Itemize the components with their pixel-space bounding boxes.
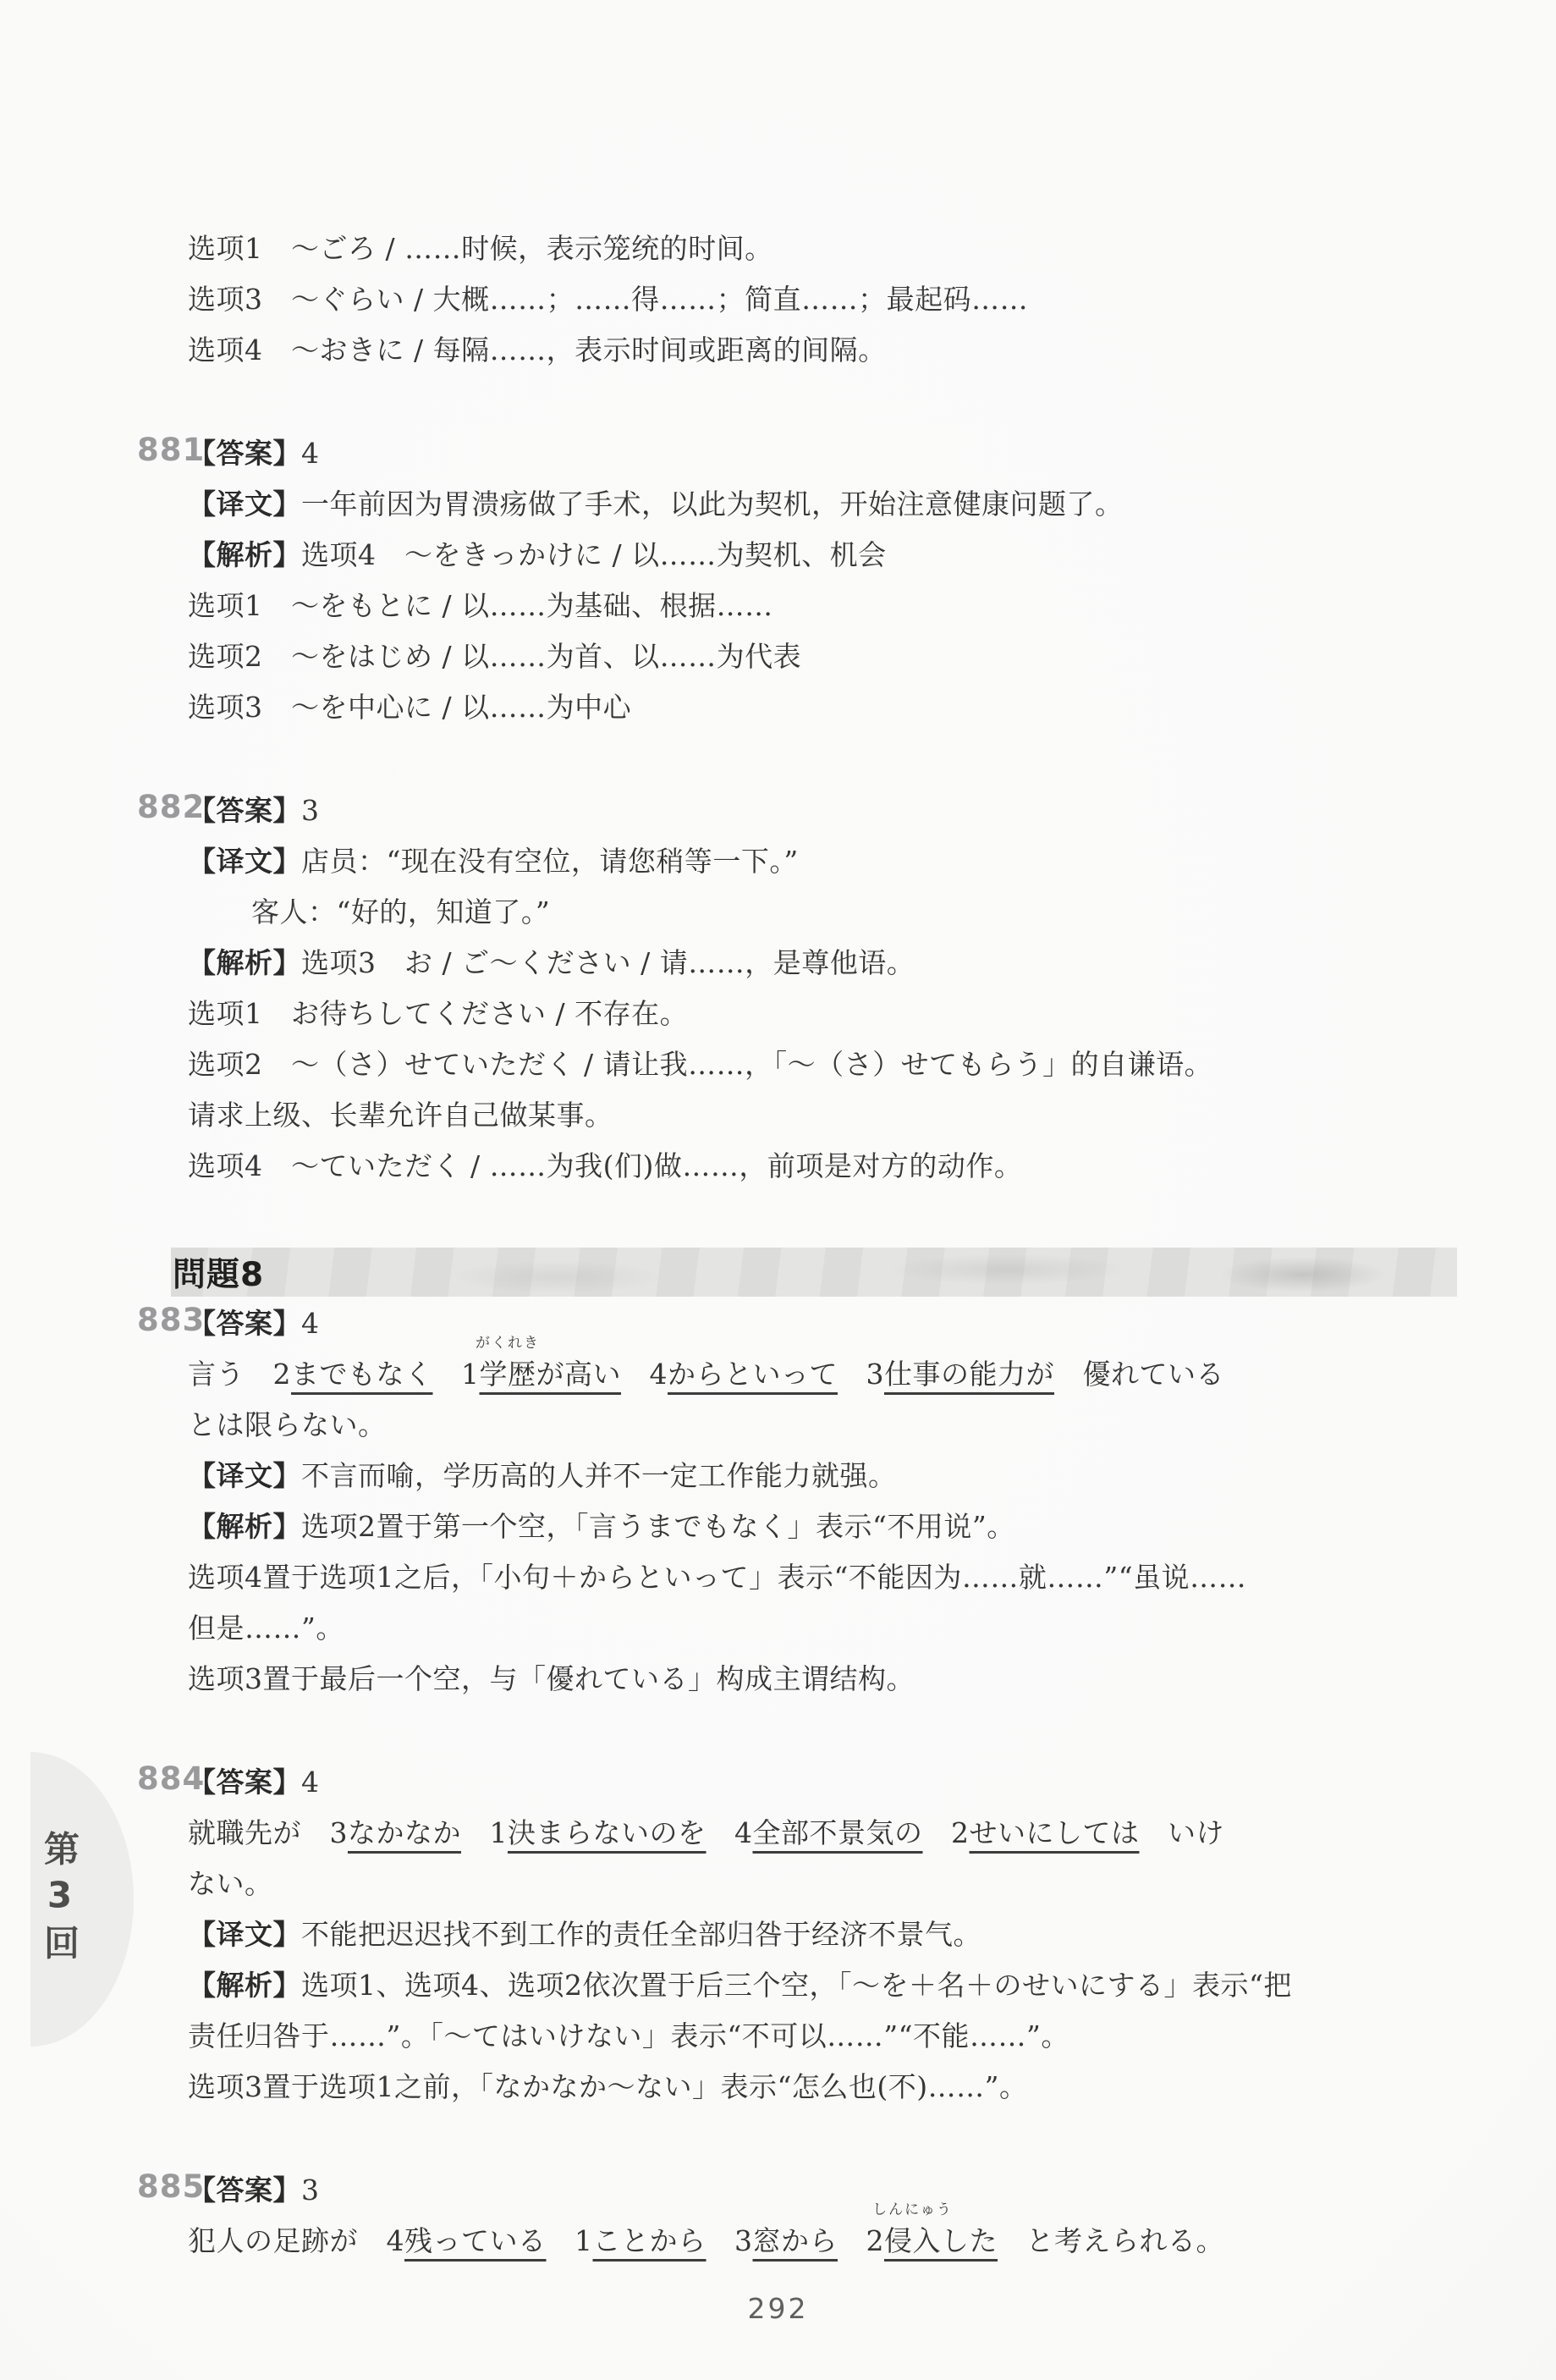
text-line: 言う 2までもなく 1学歴がくれきが高い 4からといって 3仕事の能力が 優れて… [188,1349,1457,1400]
text-line: 【解析】选项4 ～をきっかけに / 以……为契机、机会 [188,530,1457,581]
sidebar-tab: 第3回 [30,1752,134,2047]
text-segment: 选项3 お / ご～ください / 请……，是尊他语。 [301,946,915,979]
field-tag: 【解析】 [188,1969,301,2002]
text-segment: 3 [301,2173,320,2206]
text-segment: 选项3置于选项1之前，「なかなか～ない」表示“怎么也(不)……”。 [188,2070,1027,2103]
text-segment: 选项1 ～をもとに / 以……为基础、根据…… [188,589,773,622]
text-segment: とは限らない。 [188,1408,387,1441]
text-line: ない。 [188,1859,1457,1909]
field-tag: 【解析】 [188,946,301,979]
text-segment: 3 [707,2224,753,2257]
text-segment: と考えられる。 [998,2224,1224,2257]
question-number: 883 [137,1304,205,1336]
text-line: 但是……”。 [188,1603,1457,1654]
text-segment: 仕事の能力が [884,1358,1054,1391]
text-segment: 1 [547,2224,593,2257]
text-segment: 4 [301,1307,320,1340]
text-segment: 優れている [1054,1358,1224,1391]
text-segment: 选项1 お待ちしてください / 不存在。 [188,997,688,1030]
text-segment: 4 [621,1358,668,1391]
text-segment: 责任归咎于……”。「～てはいけない」表示“不可以……”“不能……”。 [188,2019,1069,2052]
text-line: 客人：“好的，知道了。” [188,887,1457,938]
question-block-883: 883【答案】4言う 2までもなく 1学歴がくれきが高い 4からといって 3仕事… [188,1298,1457,1705]
text-line: 犯人の足跡が 4残っている 1ことから 3窓から 2侵入しんにゅうした と考えら… [188,2216,1457,2267]
text-segment: 就職先が 3 [188,1816,348,1849]
text-segment: 一年前因为胃溃疡做了手术，以此为契机，开始注意健康问题了。 [301,488,1124,521]
text-line: 选项4 ～おきに / 每隔……，表示时间或距离的间隔。 [188,325,1457,376]
text-segment: せいにしては [970,1816,1140,1849]
text-segment: 选项4 ～ていただく / ……为我(们)做……，前项是对方的动作。 [188,1149,1022,1182]
field-tag: 【译文】 [188,488,301,521]
text-line: とは限らない。 [188,1400,1457,1451]
text-segment: 选项2置于第一个空，「言うまでもなく」表示“不用说”。 [301,1510,1015,1543]
text-segment: 选项3 ～を中心に / 以……为中心 [188,691,631,724]
text-segment: 选项1 ～ごろ / ……时候，表示笼统的时间。 [188,232,773,265]
text-line: 选项4 ～ていただく / ……为我(们)做……，前项是对方的动作。 [188,1141,1457,1192]
ruby-segment: 学歴がくれき [480,1349,536,1400]
text-segment: 选项2 ～（さ）せていただく / 请让我……，「～（さ）せてもらう」的自谦语。 [188,1048,1212,1081]
text-segment: 选项1、选项4、选项2依次置于后三个空，「～を＋名＋のせいにする」表示“把 [301,1969,1292,2002]
text-segment: 选项2 ～をはじめ / 以……为首、以……为代表 [188,640,801,673]
text-line: 【答案】4 [188,428,1457,479]
text-segment: 选项4 ～おきに / 每隔……，表示时间或距离的间隔。 [188,333,887,366]
text-segment: 店员：“现在没有空位，请您稍等一下。” [301,845,799,878]
text-line: 选项3置于最后一个空，与「優れている」构成主谓结构。 [188,1654,1457,1705]
text-segment: 犯人の足跡が 4 [188,2224,404,2257]
text-segment: 3 [838,1358,884,1391]
question-block-885: 885【答案】3犯人の足跡が 4残っている 1ことから 3窓から 2侵入しんにゅ… [188,2165,1457,2267]
text-line: 选项3 ～を中心に / 以……为中心 [188,682,1457,733]
text-segment: 決まらないのを [508,1816,707,1849]
text-line: 【解析】选项2置于第一个空，「言うまでもなく」表示“不用说”。 [188,1501,1457,1552]
text-line: 【答案】4 [188,1298,1457,1349]
text-line: 选项1 ～ごろ / ……时候，表示笼统的时间。 [188,223,1457,274]
question-block-884: 884【答案】4就職先が 3なかなか 1決まらないのを 4全部不景気の 2せいに… [188,1757,1457,2113]
text-segment: 3 [301,794,320,827]
ruby-segment: 侵入しんにゅう [884,2216,941,2267]
text-segment: が高い [536,1358,622,1391]
text-segment: 不言而喻，学历高的人并不一定工作能力就强。 [301,1459,897,1492]
text-line: 【解析】选项1、选项4、选项2依次置于后三个空，「～を＋名＋のせいにする」表示“… [188,1960,1457,2011]
text-line: 选项3 ～ぐらい / 大概……；……得……；简直……；最起码…… [188,274,1457,325]
content-column: 选项1 ～ごろ / ……时候，表示笼统的时间。选项3 ～ぐらい / 大概……；…… [188,0,1457,2267]
text-segment: ことから [593,2224,707,2257]
field-tag: 【解析】 [188,538,301,571]
text-segment: 选项3 ～ぐらい / 大概……；……得……；简直……；最起码…… [188,283,1028,316]
text-line: 【译文】店员：“现在没有空位，请您稍等一下。” [188,836,1457,887]
field-tag: 【译文】 [188,1459,301,1492]
text-segment: までもなく [291,1358,433,1391]
text-line: 【译文】不言而喻，学历高的人并不一定工作能力就强。 [188,1451,1457,1501]
text-segment: ない。 [188,1867,273,1900]
text-line: 【答案】3 [188,785,1457,836]
text-line: 选项1 ～をもとに / 以……为基础、根据…… [188,581,1457,631]
text-segment: 但是……”。 [188,1611,344,1645]
field-tag: 【解析】 [188,1510,301,1543]
scanned-book-page: 第3回 选项1 ～ごろ / ……时候，表示笼统的时间。选项3 ～ぐらい / 大概… [0,0,1556,2380]
section-title: 問題8 [173,1248,264,1296]
page-number: 292 [0,2292,1556,2325]
text-line: 【译文】不能把迟迟找不到工作的责任全部归咎于经济不景气。 [188,1909,1457,1960]
text-line: 选项2 ～（さ）せていただく / 请让我……，「～（さ）せてもらう」的自谦语。 [188,1039,1457,1090]
question-block-881: 881【答案】4【译文】一年前因为胃溃疡做了手术，以此为契机，开始注意健康问题了… [188,428,1457,733]
text-segment: 1 [461,1816,508,1849]
question-number: 881 [137,434,205,466]
text-segment: 客人：“好的，知道了。” [251,895,550,928]
question-number: 882 [137,791,205,823]
text-segment: からといって [668,1358,838,1391]
text-line: 选项4置于选项1之后，「小句＋からといって」表示“不能因为……就……”“虽说…… [188,1552,1457,1603]
text-segment: 选项4置于选项1之后，「小句＋からといって」表示“不能因为……就……”“虽说…… [188,1561,1246,1594]
text-segment: 残っている [404,2224,547,2257]
text-segment: 2 [838,2224,884,2257]
text-segment: 4 [301,1766,320,1799]
text-line: 【解析】选项3 お / ご～ください / 请……，是尊他语。 [188,938,1457,989]
text-segment: なかなか [348,1816,461,1849]
text-segment: 4 [301,437,320,470]
sidebar-tab-label: 第3回 [34,1831,85,1969]
text-line: 请求上级、长辈允许自己做某事。 [188,1090,1457,1141]
text-segment: 4 [707,1816,753,1849]
field-tag: 【译文】 [188,1918,301,1951]
text-segment: 全部不景気の [753,1816,923,1849]
furigana: しんにゅう [872,2203,953,2217]
text-segment: 不能把迟迟找不到工作的责任全部归咎于经济不景气。 [301,1918,981,1951]
question-block-882: 882【答案】3【译文】店员：“现在没有空位，请您稍等一下。”客人：“好的，知道… [188,785,1457,1192]
text-line: 就職先が 3なかなか 1決まらないのを 4全部不景気の 2せいにしては いけ [188,1808,1457,1859]
text-segment: 1 [433,1358,480,1391]
text-line: 选项2 ～をはじめ / 以……为首、以……为代表 [188,631,1457,682]
text-segment: 选项4 ～をきっかけに / 以……为契机、机会 [301,538,887,571]
text-segment: した [941,2224,998,2257]
text-line: 选项3置于选项1之前，「なかなか～ない」表示“怎么也(不)……”。 [188,2062,1457,2113]
text-line: 责任归咎于……”。「～てはいけない」表示“不可以……”“不能……”。 [188,2011,1457,2062]
continuation-block: 选项1 ～ごろ / ……时候，表示笼统的时间。选项3 ～ぐらい / 大概……；…… [188,223,1457,376]
text-segment: 言う 2 [188,1358,291,1391]
text-line: 【答案】4 [188,1757,1457,1808]
text-segment: 窓から [753,2224,838,2257]
text-line: 【答案】3 [188,2165,1457,2216]
text-line: 选项1 お待ちしてください / 不存在。 [188,989,1457,1039]
question-number: 884 [137,1763,205,1794]
text-segment: 选项3置于最后一个空，与「優れている」构成主谓结构。 [188,1662,915,1695]
text-segment: いけ [1140,1816,1225,1849]
text-segment: 2 [923,1816,970,1849]
text-segment: 请求上级、长辈允许自己做某事。 [188,1099,613,1132]
question-number: 885 [137,2171,205,2202]
text-line: 【译文】一年前因为胃溃疡做了手术，以此为契机，开始注意健康问题了。 [188,479,1457,530]
section-header-bar: 問題8 [171,1248,1457,1297]
field-tag: 【译文】 [188,845,301,878]
furigana: がくれき [476,1336,540,1351]
